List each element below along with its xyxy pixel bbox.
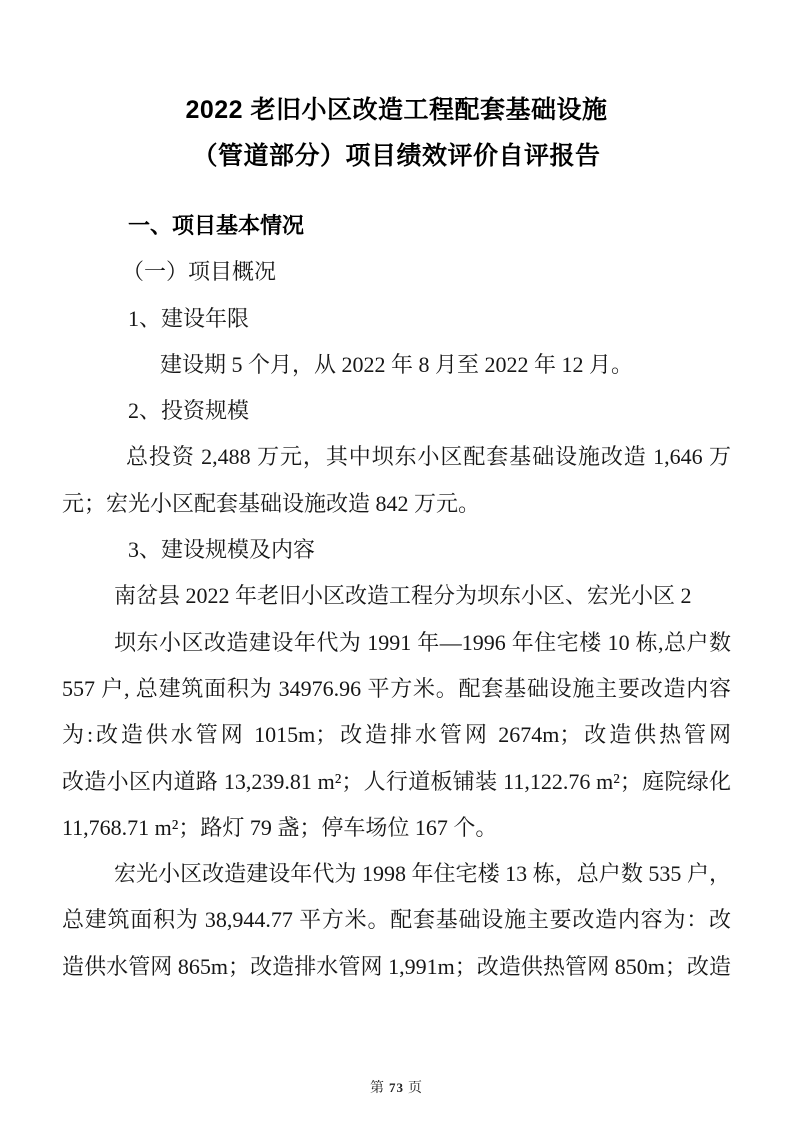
page-footer-prefix: 第 <box>370 1081 385 1096</box>
paragraph: 坝东小区改造建设年代为 1991 年—1996 年住宅楼 10 栋,总户数557… <box>62 620 731 851</box>
paragraph-line: 总投资 2,488 万元，其中坝东小区配套基础设施改造 1,646 万 <box>62 434 731 480</box>
paragraph-line: 宏光小区改造建设年代为 1998 年住宅楼 13 栋，总户数 535 户， <box>62 851 731 897</box>
paragraph-line: 11,768.71 m²；路灯 79 盏；停车场位 167 个。 <box>62 805 731 851</box>
paragraph-line: 坝东小区改造建设年代为 1991 年—1996 年住宅楼 10 栋,总户数 <box>62 620 731 666</box>
page-footer-suffix: 页 <box>408 1081 423 1096</box>
paragraph-line: 南岔县 2022 年老旧小区改造工程分为坝东小区、宏光小区 2 个。 <box>62 573 731 619</box>
page-footer: 第73页 <box>0 1077 793 1097</box>
section-heading: 一、项目基本情况 <box>62 203 731 249</box>
numbered-heading: 3、建设规模及内容 <box>62 527 731 573</box>
paragraph-line: 总建筑面积为 38,944.77 平方米。配套基础设施主要改造内容为：改 <box>62 897 731 943</box>
document-body: 一、项目基本情况（一）项目概况1、建设年限建设期 5 个月，从 2022 年 8… <box>62 203 731 990</box>
paragraph: 总投资 2,488 万元，其中坝东小区配套基础设施改造 1,646 万元；宏光小… <box>62 434 731 527</box>
subsection-heading: （一）项目概况 <box>62 249 731 295</box>
paragraph-line: 改造小区内道路 13,239.81 m²；人行道板铺装 11,122.76 m²… <box>62 759 731 805</box>
numbered-heading: 2、投资规模 <box>62 388 731 434</box>
numbered-heading: 1、建设年限 <box>62 296 731 342</box>
document-title: 2022 老旧小区改造工程配套基础设施 （管道部分）项目绩效评价自评报告 <box>0 87 793 179</box>
paragraph-line: 为:改造供水管网 1015m；改造排水管网 2674m；改造供热管网 1,037… <box>62 712 731 758</box>
paragraph: 南岔县 2022 年老旧小区改造工程分为坝东小区、宏光小区 2 个。 <box>62 573 731 619</box>
document-page: 2022 老旧小区改造工程配套基础设施 （管道部分）项目绩效评价自评报告 一、项… <box>0 0 793 1122</box>
paragraph-line: 造供水管网 865m；改造排水管网 1,991m；改造供热管网 850m；改造 <box>62 944 731 990</box>
paragraph: 宏光小区改造建设年代为 1998 年住宅楼 13 栋，总户数 535 户，总建筑… <box>62 851 731 990</box>
title-line-1: 2022 老旧小区改造工程配套基础设施 <box>0 87 793 133</box>
paragraph: 建设期 5 个月，从 2022 年 8 月至 2022 年 12 月。 <box>62 342 731 388</box>
paragraph-line: 557 户, 总建筑面积为 34976.96 平方米。配套基础设施主要改造内容 <box>62 666 731 712</box>
page-number: 73 <box>385 1080 408 1095</box>
paragraph-line: 元；宏光小区配套基础设施改造 842 万元。 <box>62 481 731 527</box>
paragraph-line: 建设期 5 个月，从 2022 年 8 月至 2022 年 12 月。 <box>62 342 731 388</box>
title-line-2: （管道部分）项目绩效评价自评报告 <box>0 133 793 179</box>
